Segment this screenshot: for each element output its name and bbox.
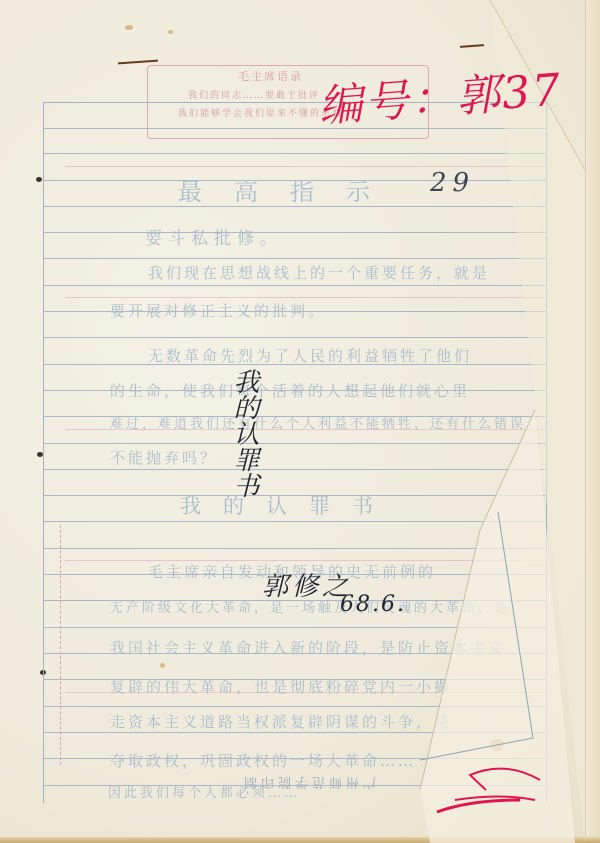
printed-line: 我们现在思想战线上的一个重要任务，就是 bbox=[148, 262, 490, 283]
ruled-line bbox=[43, 521, 545, 522]
signature-date: 68.6. bbox=[340, 592, 406, 617]
ruled-line bbox=[43, 732, 545, 733]
printed-line: 走资本主义道路当权派复辟阴谋的斗争，是 bbox=[110, 711, 452, 732]
printed-line: 要开展对修正主义的批判。 bbox=[110, 300, 326, 321]
ruled-line bbox=[43, 128, 545, 129]
stamp-title: 毛主席语录 bbox=[238, 68, 303, 84]
printed-line: 无数革命先烈为了人民的利益牺牲了他们 bbox=[148, 345, 472, 366]
printed-line: 的生命，使我们每个活着的人想起他们就心里 bbox=[110, 380, 470, 401]
staple-icon bbox=[118, 60, 158, 65]
punch-hole-icon bbox=[36, 177, 42, 182]
printed-line: 复辟的伟大革命，也是彻底粉碎党内一小撮 bbox=[110, 676, 452, 697]
ruled-line bbox=[43, 285, 545, 286]
ruled-line bbox=[43, 469, 545, 470]
ruled-line bbox=[43, 337, 545, 338]
printed-title: 我的认罪书 bbox=[180, 490, 395, 520]
paper-edge-right bbox=[585, 0, 600, 843]
printed-line: 难过，难道我们还有什么个人利益不能牺牲，还有什么错误 bbox=[110, 413, 526, 432]
printed-heading: 最高指示 bbox=[178, 172, 402, 207]
ruled-line bbox=[43, 232, 545, 233]
margin-line bbox=[60, 525, 62, 765]
printed-subheading: 要斗私批修。 bbox=[145, 224, 283, 249]
page-number: 29 bbox=[430, 168, 475, 198]
ruled-line bbox=[43, 706, 545, 707]
staple-icon bbox=[460, 44, 484, 48]
handwritten-title: 我的认罪书 bbox=[234, 368, 268, 498]
ruled-line-pink bbox=[65, 297, 545, 298]
scanned-document-page: 毛主席语录 我们的同志……要敢于批评 我们能够学会我们原来不懂的东西 最高指示 … bbox=[0, 0, 600, 843]
footer-print-stamp: 广州师范学院印制 bbox=[240, 774, 376, 793]
ruled-line bbox=[43, 627, 545, 628]
ruled-line-pink bbox=[65, 166, 545, 167]
signature: 郭修之 bbox=[262, 566, 352, 603]
printed-line: 不能抛弃吗？ bbox=[110, 447, 218, 468]
paper-edge-bottom bbox=[0, 837, 600, 843]
ruled-line bbox=[43, 153, 545, 154]
stain bbox=[125, 25, 133, 30]
ruled-line bbox=[43, 258, 545, 259]
printed-line: 我国社会主义革命进入新的阶段，是防止资本主义 bbox=[110, 637, 506, 658]
ruled-line bbox=[43, 443, 545, 444]
printed-line: 夺取政权，巩固政权的一场大革命…… bbox=[110, 750, 416, 771]
ruled-line bbox=[43, 548, 545, 549]
stain bbox=[168, 30, 173, 34]
stamp-line: 我们的同志……要敢于批评 bbox=[188, 88, 320, 101]
